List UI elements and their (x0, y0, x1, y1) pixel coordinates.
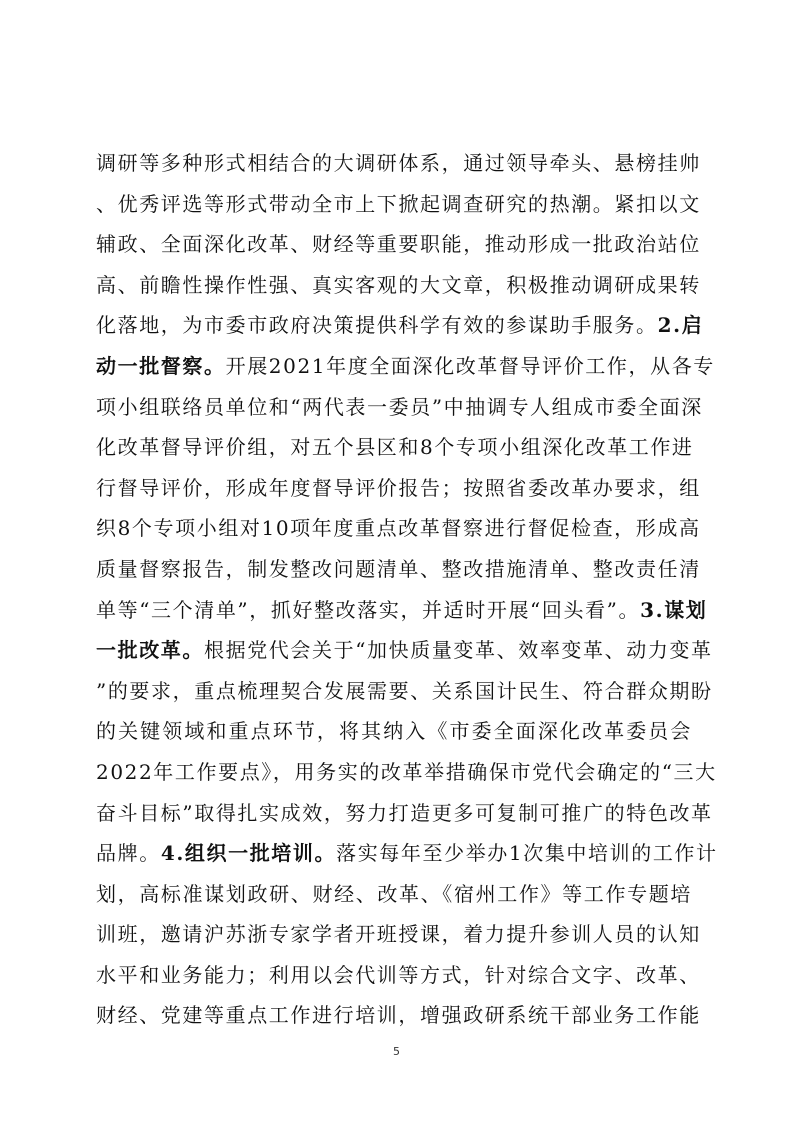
body-text-segment: 辅政、全面深化改革、财经等重要职能，推动形成一批政治站位 (96, 232, 701, 256)
text-line: 织8个专项小组对10项年度重点改革督察进行督促检查，形成高 (96, 508, 692, 549)
text-line: 训班，邀请沪苏浙专家学者开班授课，着力提升参训人员的认知 (96, 914, 692, 955)
text-line: 高、前瞻性操作性强、真实客观的大文章，积极推动调研成果转 (96, 265, 692, 306)
body-text-segment: 、优秀评选等形式带动全市上下掀起调查研究的热潮。紧扣以文 (96, 192, 701, 216)
page-number: 5 (0, 1045, 793, 1058)
bold-heading-text: 4.组织一批培训。 (161, 841, 336, 865)
text-line: 2022年工作要点》，用务实的改革举措确保市党代会确定的“三大 (96, 752, 692, 793)
bold-heading-text: 3.谋划 (640, 598, 707, 622)
body-text-segment: 织8个专项小组对10项年度重点改革督察进行督促检查，形成高 (96, 516, 701, 540)
body-text-segment: 项小组联络员单位和“两代表一委员”中抽调专人组成市委全面深 (96, 395, 703, 419)
text-line: 辅政、全面深化改革、财经等重要职能，推动形成一批政治站位 (96, 224, 692, 265)
text-line: 的关键领域和重点环节，将其纳入《市委全面深化改革委员会 (96, 711, 692, 752)
body-text-segment: 品牌。 (96, 841, 161, 865)
text-line: ”的要求，重点梳理契合发展需要、关系国计民生、符合群众期盼 (96, 671, 692, 712)
body-text-segment: 落实每年至少举办1次集中培训的工作计 (336, 841, 718, 865)
bold-heading-text: 2.启 (658, 313, 704, 337)
text-line: 调研等多种形式相结合的大调研体系，通过领导牵头、悬榜挂帅 (96, 143, 692, 184)
text-line: 、优秀评选等形式带动全市上下掀起调查研究的热潮。紧扣以文 (96, 184, 692, 225)
body-text-segment: 开展2021年度全面深化改革督导评价工作，从各专 (226, 354, 715, 378)
body-text-segment: 训班，邀请沪苏浙专家学者开班授课，着力提升参训人员的认知 (96, 922, 701, 946)
body-text-segment: 化改革督导评价组，对五个县区和8个专项小组深化改革工作进 (96, 435, 694, 459)
text-line: 项小组联络员单位和“两代表一委员”中抽调专人组成市委全面深 (96, 387, 692, 428)
text-line: 化改革督导评价组，对五个县区和8个专项小组深化改革工作进 (96, 427, 692, 468)
body-text-segment: 财经、党建等重点工作进行培训，增强政研系统干部业务工作能 (96, 1003, 701, 1027)
body-text-segment: 2022年工作要点》，用务实的改革举措确保市党代会确定的“三大 (96, 760, 717, 784)
text-line: 质量督察报告，制发整改问题清单、整改措施清单、整改责任清 (96, 549, 692, 590)
body-text-segment: 奋斗目标”取得扎实成效，努力打造更多可复制可推广的特色改革 (96, 801, 713, 825)
body-text-segment: 行督导评价，形成年度督导评价报告；按照省委改革办要求，组 (96, 476, 701, 500)
text-line: 财经、党建等重点工作进行培训，增强政研系统干部业务工作能 (96, 995, 692, 1036)
body-text-segment: 的关键领域和重点环节，将其纳入《市委全面深化改革委员会 (96, 719, 692, 743)
text-line: 划，高标准谋划政研、财经、改革、《宿州工作》等工作专题培 (96, 874, 692, 915)
text-line: 行督导评价，形成年度督导评价报告；按照省委改革办要求，组 (96, 468, 692, 509)
body-text-segment: 水平和业务能力；利用以会代训等方式，针对综合文字、改革、 (96, 963, 701, 987)
text-line: 奋斗目标”取得扎实成效，努力打造更多可复制可推广的特色改革 (96, 793, 692, 834)
body-text-segment: 质量督察报告，制发整改问题清单、整改措施清单、整改责任清 (96, 557, 701, 581)
text-line: 化落地，为市委市政府决策提供科学有效的参谋助手服务。2.启 (96, 305, 692, 346)
text-line: 一批改革。根据党代会关于“加快质量变革、效率变革、动力变革 (96, 630, 692, 671)
text-line: 单等“三个清单”，抓好整改落实，并适时开展“回头看”。3.谋划 (96, 590, 692, 631)
body-text-segment: ”的要求，重点梳理契合发展需要、关系国计民生、符合群众期盼 (96, 679, 713, 703)
document-page: 调研等多种形式相结合的大调研体系，通过领导牵头、悬榜挂帅、优秀评选等形式带动全市… (0, 0, 793, 1122)
body-text-segment: 高、前瞻性操作性强、真实客观的大文章，积极推动调研成果转 (96, 273, 701, 297)
body-text-segment: 划，高标准谋划政研、财经、改革、《宿州工作》等工作专题培 (96, 882, 692, 906)
body-paragraph: 调研等多种形式相结合的大调研体系，通过领导牵头、悬榜挂帅、优秀评选等形式带动全市… (96, 143, 692, 1036)
text-line: 动一批督察。开展2021年度全面深化改革督导评价工作，从各专 (96, 346, 692, 387)
body-text-segment: 化落地，为市委市政府决策提供科学有效的参谋助手服务。 (96, 313, 658, 337)
text-line: 水平和业务能力；利用以会代训等方式，针对综合文字、改革、 (96, 955, 692, 996)
bold-heading-text: 一批改革。 (96, 638, 204, 662)
text-line: 品牌。4.组织一批培训。落实每年至少举办1次集中培训的工作计 (96, 833, 692, 874)
body-text-segment: 调研等多种形式相结合的大调研体系，通过领导牵头、悬榜挂帅 (96, 151, 701, 175)
bold-heading-text: 动一批督察。 (96, 354, 226, 378)
body-text-segment: 单等“三个清单”，抓好整改落实，并适时开展“回头看”。 (96, 598, 640, 622)
body-text-segment: 根据党代会关于“加快质量变革、效率变革、动力变革 (204, 638, 713, 662)
